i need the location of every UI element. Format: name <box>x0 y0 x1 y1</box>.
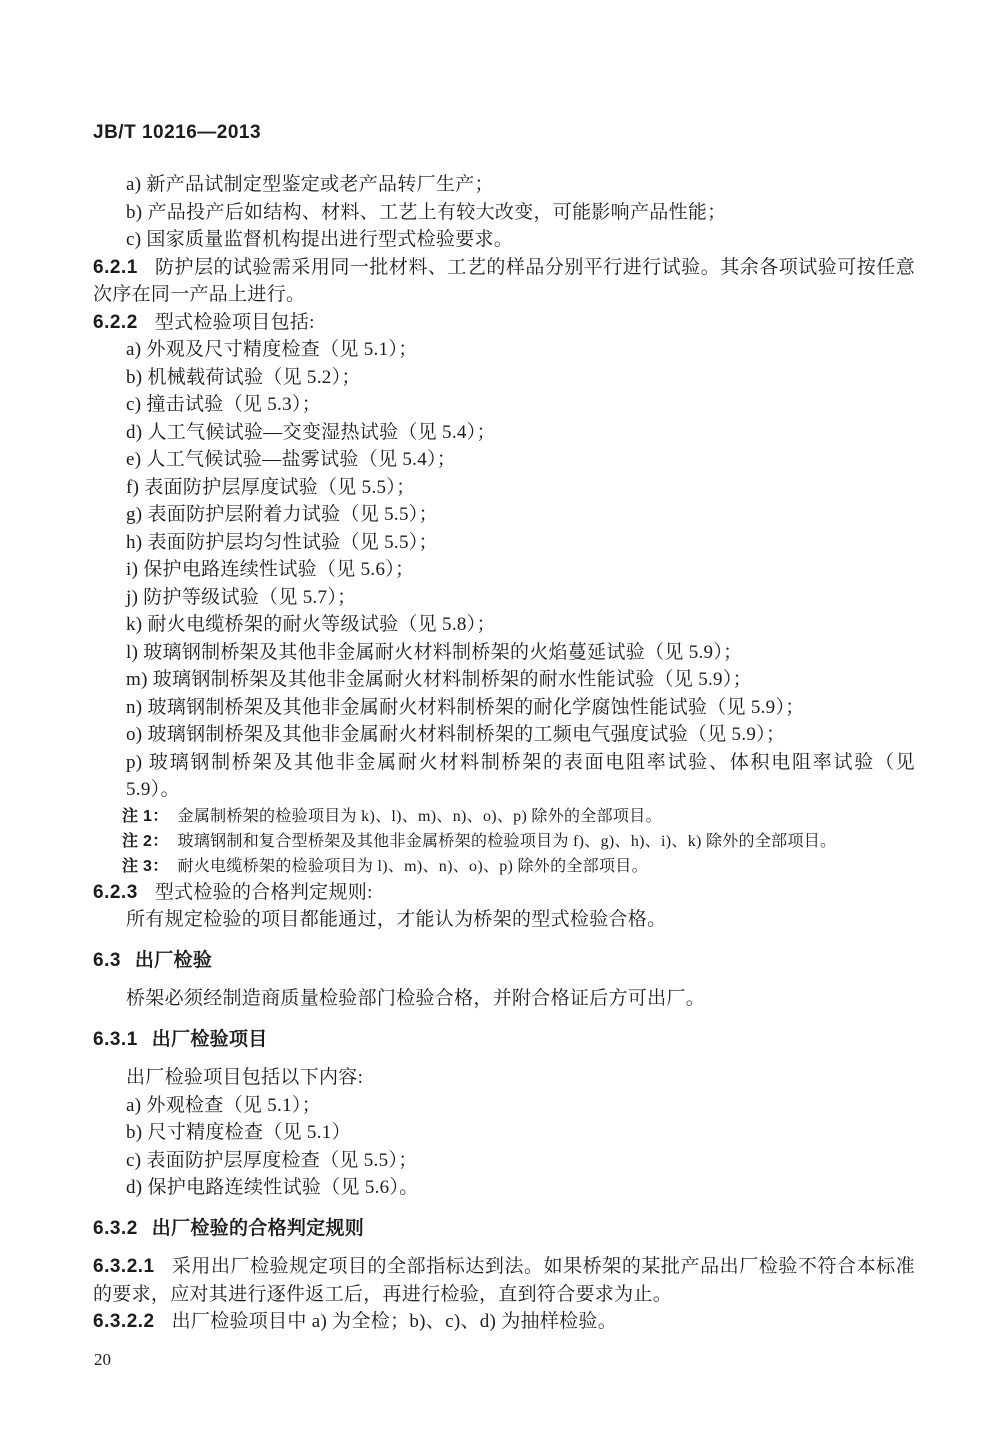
document-content: a) 新产品试制定型鉴定或老产品转厂生产；b) 产品投产后如结构、材料、工艺上有… <box>93 171 915 1336</box>
clause-text: 采用出厂检验规定项目的全部指标达到法。如果桥架的某批产品出厂检验不符合本标准的要… <box>93 1256 915 1305</box>
list-item: a) 外观检查（见 5.1）； <box>93 1092 915 1120</box>
clause-number: 6.3.2.2 <box>93 1311 155 1332</box>
list-item: p) 玻璃钢制桥架及其他非金属耐火材料制桥架的表面电阻率试验、体积电阻率试验（见… <box>93 749 915 804</box>
list-item: i) 保护电路连续性试验（见 5.6）； <box>93 556 915 584</box>
list-item: o) 玻璃钢制桥架及其他非金属耐火材料制桥架的工频电气强度试验（见 5.9）； <box>93 721 915 749</box>
list-item: b) 产品投产后如结构、材料、工艺上有较大改变，可能影响产品性能； <box>93 199 915 227</box>
paragraph: 所有规定检验的项目都能通过，才能认为桥架的型式检验合格。 <box>93 906 915 934</box>
list-item: h) 表面防护层均匀性试验（见 5.5）； <box>93 529 915 557</box>
section-heading: 6.3.1出厂检验项目 <box>93 1026 915 1054</box>
clause-paragraph: 6.2.1防护层的试验需采用同一批材料、工艺的样品分别平行进行试验。其余各项试验… <box>93 254 915 309</box>
list-item: a) 新产品试制定型鉴定或老产品转厂生产； <box>93 171 915 199</box>
list-item: k) 耐火电缆桥架的耐火等级试验（见 5.8）； <box>93 611 915 639</box>
note-text: 金属制桥架的检验项目为 k)、l)、m)、n)、o)、p) 除外的全部项目。 <box>178 808 662 825</box>
clause-paragraph: 6.3.2.1采用出厂检验规定项目的全部指标达到法。如果桥架的某批产品出厂检验不… <box>93 1253 915 1308</box>
list-item: g) 表面防护层附着力试验（见 5.5）； <box>93 501 915 529</box>
clause-number: 6.3.2 <box>93 1218 138 1239</box>
note-line: 注 2：玻璃钢制和复合型桥架及其他非金属桥架的检验项目为 f)、g)、h)、i)… <box>93 829 915 854</box>
note-line: 注 1：金属制桥架的检验项目为 k)、l)、m)、n)、o)、p) 除外的全部项… <box>93 804 915 829</box>
note-label: 注 2： <box>122 833 169 850</box>
note-label: 注 3： <box>122 858 169 875</box>
list-item: c) 撞击试验（见 5.3）； <box>93 391 915 419</box>
list-item: j) 防护等级试验（见 5.7）； <box>93 584 915 612</box>
section-heading: 6.3.2出厂检验的合格判定规则 <box>93 1215 915 1243</box>
note-text: 玻璃钢制和复合型桥架及其他非金属桥架的检验项目为 f)、g)、h)、i)、k) … <box>178 833 837 850</box>
list-item: b) 机械载荷试验（见 5.2）； <box>93 364 915 392</box>
list-item: c) 表面防护层厚度检查（见 5.5）； <box>93 1147 915 1175</box>
clause-text: 出厂检验项目中 a) 为全检；b)、c)、d) 为抽样检验。 <box>172 1311 617 1332</box>
clause-text: 型式检验的合格判定规则: <box>155 882 373 903</box>
clause-number: 6.3.1 <box>93 1029 138 1050</box>
clause-paragraph: 6.2.3型式检验的合格判定规则: <box>93 879 915 907</box>
clause-paragraph: 6.3.2.2出厂检验项目中 a) 为全检；b)、c)、d) 为抽样检验。 <box>93 1308 915 1336</box>
clause-text: 出厂检验 <box>135 950 212 971</box>
clause-text: 出厂检验项目 <box>152 1029 268 1050</box>
list-item: e) 人工气候试验—盐雾试验（见 5.4）； <box>93 446 915 474</box>
list-item: d) 人工气候试验—交变湿热试验（见 5.4）； <box>93 419 915 447</box>
note-label: 注 1： <box>122 808 169 825</box>
paragraph: 桥架必须经制造商质量检验部门检验合格，并附合格证后方可出厂。 <box>93 985 915 1013</box>
clause-text: 型式检验项目包括: <box>155 312 315 333</box>
standard-code-header: JB/T 10216—2013 <box>93 122 261 144</box>
list-item: a) 外观及尺寸精度检查（见 5.1）； <box>93 336 915 364</box>
list-item: d) 保护电路连续性试验（见 5.6）。 <box>93 1174 915 1202</box>
document-page: JB/T 10216—2013 a) 新产品试制定型鉴定或老产品转厂生产；b) … <box>0 0 1000 1450</box>
page-number: 20 <box>94 1350 111 1370</box>
list-item: f) 表面防护层厚度试验（见 5.5）； <box>93 474 915 502</box>
section-heading: 6.3出厂检验 <box>93 947 915 975</box>
list-item: l) 玻璃钢制桥架及其他非金属耐火材料制桥架的火焰蔓延试验（见 5.9）； <box>93 639 915 667</box>
clause-number: 6.3.2.1 <box>93 1256 155 1277</box>
list-item: m) 玻璃钢制桥架及其他非金属耐火材料制桥架的耐水性能试验（见 5.9）； <box>93 666 915 694</box>
clause-paragraph: 6.2.2型式检验项目包括: <box>93 309 915 337</box>
clause-number: 6.2.1 <box>93 257 138 278</box>
clause-number: 6.2.3 <box>93 882 138 903</box>
list-item: c) 国家质量监督机构提出进行型式检验要求。 <box>93 226 915 254</box>
clause-number: 6.3 <box>93 950 121 971</box>
clause-text: 防护层的试验需采用同一批材料、工艺的样品分别平行进行试验。其余各项试验可按任意次… <box>93 257 915 306</box>
clause-text: 出厂检验的合格判定规则 <box>152 1218 364 1239</box>
list-item: b) 尺寸精度检查（见 5.1） <box>93 1119 915 1147</box>
note-text: 耐火电缆桥架的检验项目为 l)、m)、n)、o)、p) 除外的全部项目。 <box>178 858 648 875</box>
paragraph: 出厂检验项目包括以下内容: <box>93 1064 915 1092</box>
clause-number: 6.2.2 <box>93 312 138 333</box>
list-item: n) 玻璃钢制桥架及其他非金属耐火材料制桥架的耐化学腐蚀性能试验（见 5.9）； <box>93 694 915 722</box>
note-line: 注 3：耐火电缆桥架的检验项目为 l)、m)、n)、o)、p) 除外的全部项目。 <box>93 854 915 879</box>
